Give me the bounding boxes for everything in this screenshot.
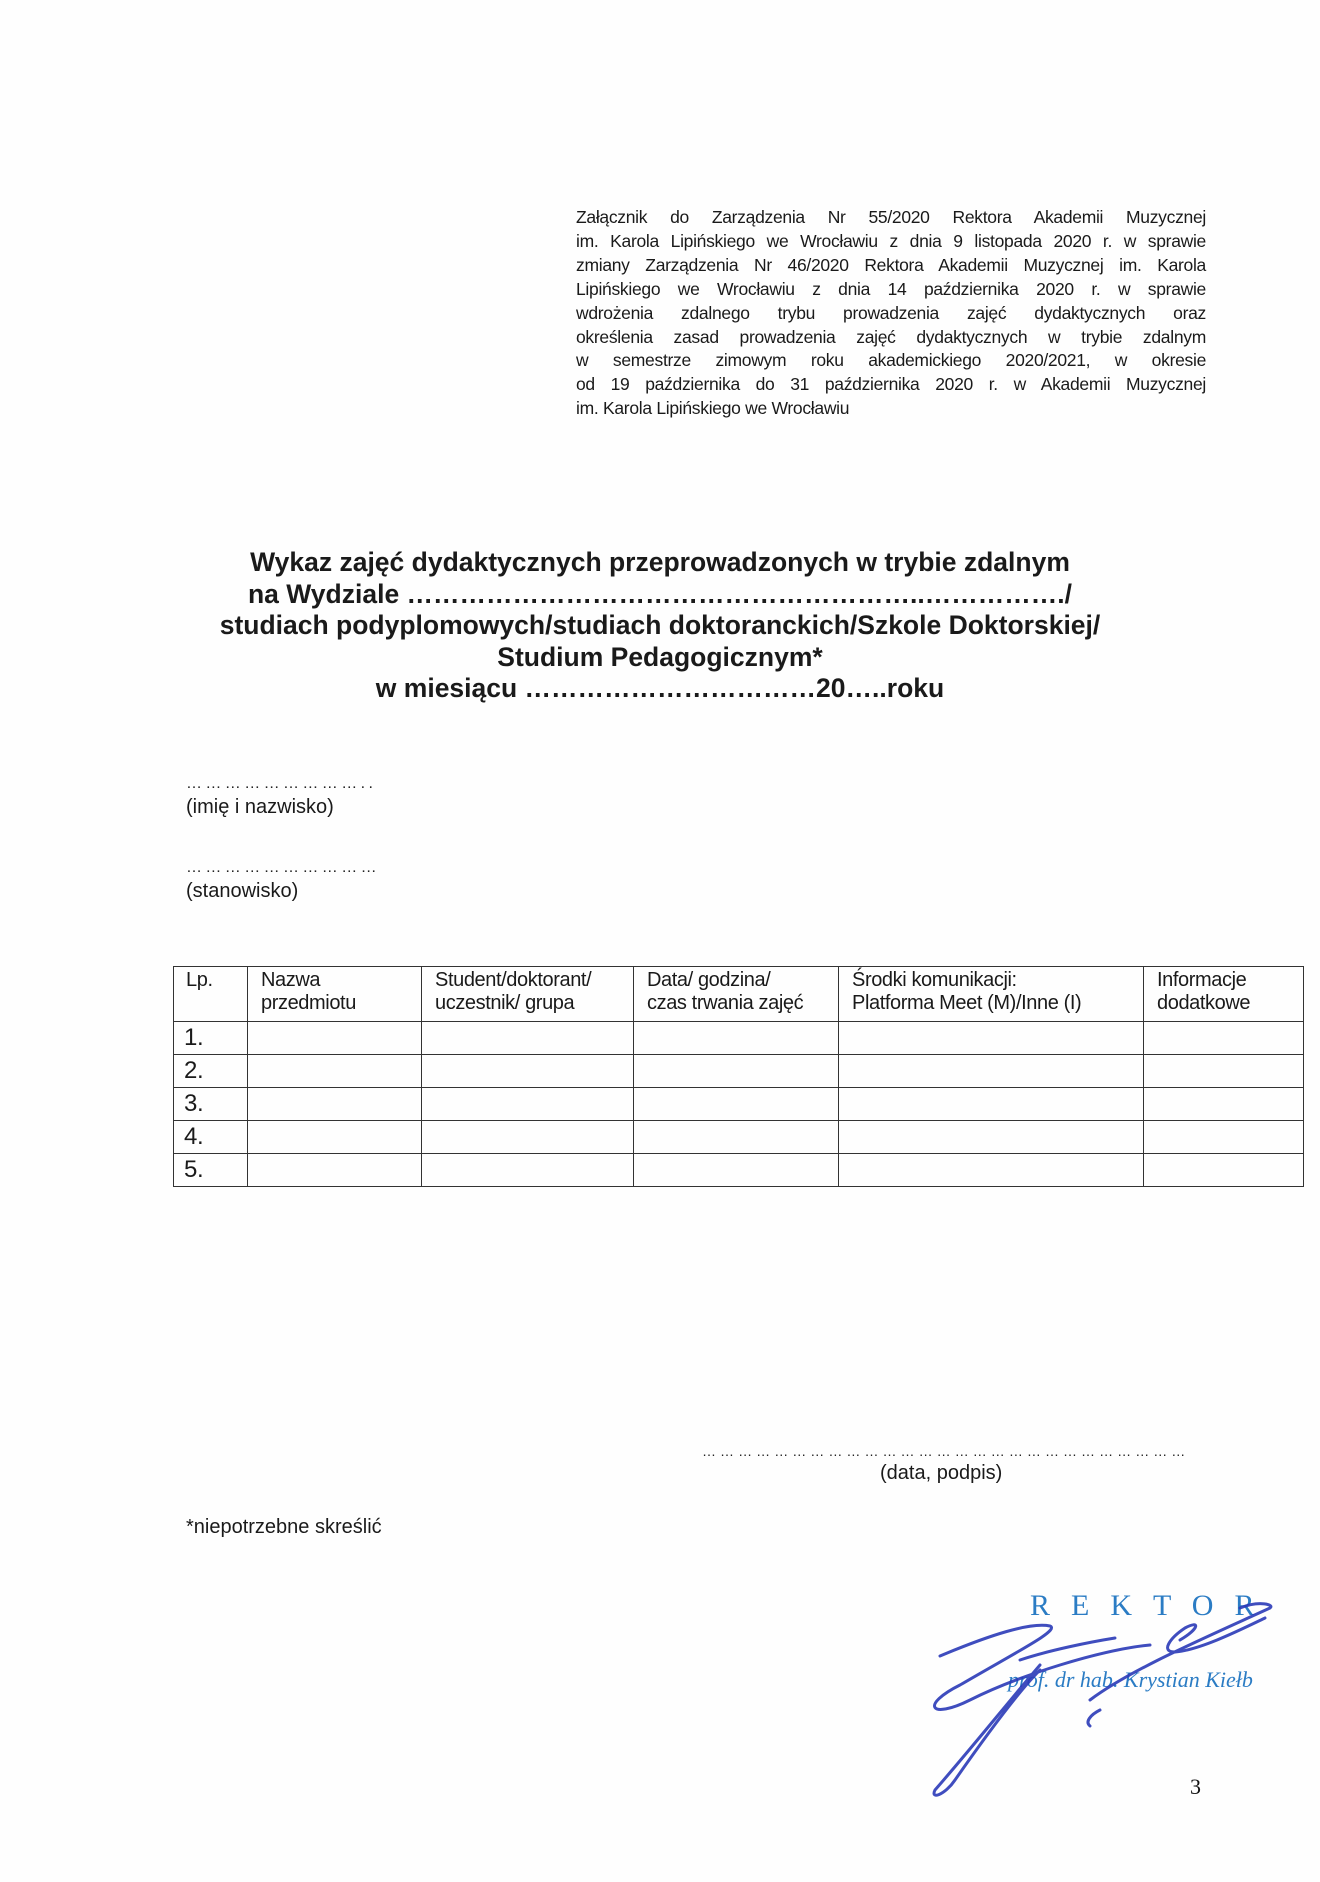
table-cell[interactable] bbox=[634, 1121, 839, 1154]
column-header-text: Student/doktorant/ bbox=[435, 969, 633, 992]
table-cell[interactable] bbox=[422, 1022, 634, 1055]
annex-line: zmiany Zarządzenia Nr 46/2020 Rektora Ak… bbox=[576, 254, 1206, 278]
annex-line: im. Karola Lipińskiego we Wrocławiu bbox=[576, 397, 1206, 421]
title-line: na Wydziale …………………………………………………..……………./ bbox=[180, 579, 1140, 611]
table-cell[interactable] bbox=[422, 1154, 634, 1187]
column-header-text: Data/ godzina/ bbox=[647, 969, 838, 992]
table-cell[interactable] bbox=[248, 1088, 422, 1121]
title-line: Studium Pedagogicznym* bbox=[180, 642, 1140, 674]
row-number: 4. bbox=[174, 1121, 248, 1154]
table-cell[interactable] bbox=[248, 1121, 422, 1154]
column-header-text: Informacje bbox=[1157, 969, 1303, 992]
signature-label: (data, podpis) bbox=[880, 1462, 1002, 1485]
table-cell[interactable] bbox=[1144, 1055, 1304, 1088]
table-row: 5. bbox=[174, 1154, 1304, 1187]
annex-line: od 19 października do 31 października 20… bbox=[576, 373, 1206, 397]
table-cell[interactable] bbox=[248, 1055, 422, 1088]
table-cell[interactable] bbox=[839, 1022, 1144, 1055]
title-line: Wykaz zajęć dydaktycznych przeprowadzony… bbox=[180, 547, 1140, 579]
column-header-text: przedmiotu bbox=[261, 992, 421, 1015]
annex-line: Lipińskiego we Wrocławiu z dnia 14 paźdz… bbox=[576, 278, 1206, 302]
signature-dots: ……………………………………………………………………… bbox=[702, 1444, 1202, 1458]
row-number: 1. bbox=[174, 1022, 248, 1055]
classes-table: Lp.NazwaprzedmiotuStudent/doktorant/ucze… bbox=[173, 966, 1304, 1187]
position-field: ………………………… (stanowisko) bbox=[186, 860, 380, 904]
position-label: (stanowisko) bbox=[186, 878, 380, 904]
table-cell[interactable] bbox=[1144, 1088, 1304, 1121]
table-cell[interactable] bbox=[1144, 1121, 1304, 1154]
table-row: 1. bbox=[174, 1022, 1304, 1055]
column-header: Środki komunikacji:Platforma Meet (M)/In… bbox=[839, 967, 1144, 1022]
handwritten-signature-icon bbox=[900, 1590, 1280, 1810]
row-number: 2. bbox=[174, 1055, 248, 1088]
footnote: *niepotrzebne skreślić bbox=[186, 1516, 382, 1539]
column-header: Nazwaprzedmiotu bbox=[248, 967, 422, 1022]
table-cell[interactable] bbox=[634, 1088, 839, 1121]
column-header: Data/ godzina/czas trwania zajęć bbox=[634, 967, 839, 1022]
table-cell[interactable] bbox=[422, 1055, 634, 1088]
name-field: ……………………….. (imię i nazwisko) bbox=[186, 776, 376, 820]
title-line: studiach podyplomowych/studiach doktoran… bbox=[180, 610, 1140, 642]
table-cell[interactable] bbox=[422, 1121, 634, 1154]
table-body: 1.2.3.4.5. bbox=[174, 1022, 1304, 1187]
annex-line: wdrożenia zdalnego trybu prowadzenia zaj… bbox=[576, 302, 1206, 326]
column-header: Informacjedodatkowe bbox=[1144, 967, 1304, 1022]
column-header-text: Platforma Meet (M)/Inne (I) bbox=[852, 992, 1143, 1015]
table-cell[interactable] bbox=[839, 1088, 1144, 1121]
table-cell[interactable] bbox=[634, 1022, 839, 1055]
table-header-row: Lp.NazwaprzedmiotuStudent/doktorant/ucze… bbox=[174, 967, 1304, 1022]
column-header: Lp. bbox=[174, 967, 248, 1022]
column-header: Student/doktorant/uczestnik/ grupa bbox=[422, 967, 634, 1022]
table-cell[interactable] bbox=[839, 1055, 1144, 1088]
column-header-text: dodatkowe bbox=[1157, 992, 1303, 1015]
annex-line: określenia zasad prowadzenia zajęć dydak… bbox=[576, 326, 1206, 350]
page-number: 3 bbox=[1190, 1774, 1201, 1800]
table-cell[interactable] bbox=[634, 1154, 839, 1187]
column-header-text: Środki komunikacji: bbox=[852, 969, 1143, 992]
table-cell[interactable] bbox=[422, 1088, 634, 1121]
annex-line: w semestrze zimowym roku akademickiego 2… bbox=[576, 349, 1206, 373]
table-row: 2. bbox=[174, 1055, 1304, 1088]
column-header-text: Lp. bbox=[186, 969, 247, 992]
table-cell[interactable] bbox=[248, 1154, 422, 1187]
table-cell[interactable] bbox=[1144, 1154, 1304, 1187]
table-cell[interactable] bbox=[1144, 1022, 1304, 1055]
column-header-text: czas trwania zajęć bbox=[647, 992, 838, 1015]
table-cell[interactable] bbox=[839, 1154, 1144, 1187]
name-dots: ……………………….. bbox=[186, 776, 376, 792]
title-line: w miesiącu ……………………………20…..roku bbox=[180, 673, 1140, 705]
table-cell[interactable] bbox=[634, 1055, 839, 1088]
row-number: 5. bbox=[174, 1154, 248, 1187]
position-dots: ………………………… bbox=[186, 860, 380, 876]
annex-header: Załącznik do Zarządzenia Nr 55/2020 Rekt… bbox=[576, 206, 1206, 421]
row-number: 3. bbox=[174, 1088, 248, 1121]
name-label: (imię i nazwisko) bbox=[186, 794, 376, 820]
column-header-text: Nazwa bbox=[261, 969, 421, 992]
annex-line: im. Karola Lipińskiego we Wrocławiu z dn… bbox=[576, 230, 1206, 254]
column-header-text: uczestnik/ grupa bbox=[435, 992, 633, 1015]
table-cell[interactable] bbox=[839, 1121, 1144, 1154]
table-row: 3. bbox=[174, 1088, 1304, 1121]
document-title: Wykaz zajęć dydaktycznych przeprowadzony… bbox=[180, 547, 1140, 705]
annex-line: Załącznik do Zarządzenia Nr 55/2020 Rekt… bbox=[576, 206, 1206, 230]
table-row: 4. bbox=[174, 1121, 1304, 1154]
table-cell[interactable] bbox=[248, 1022, 422, 1055]
